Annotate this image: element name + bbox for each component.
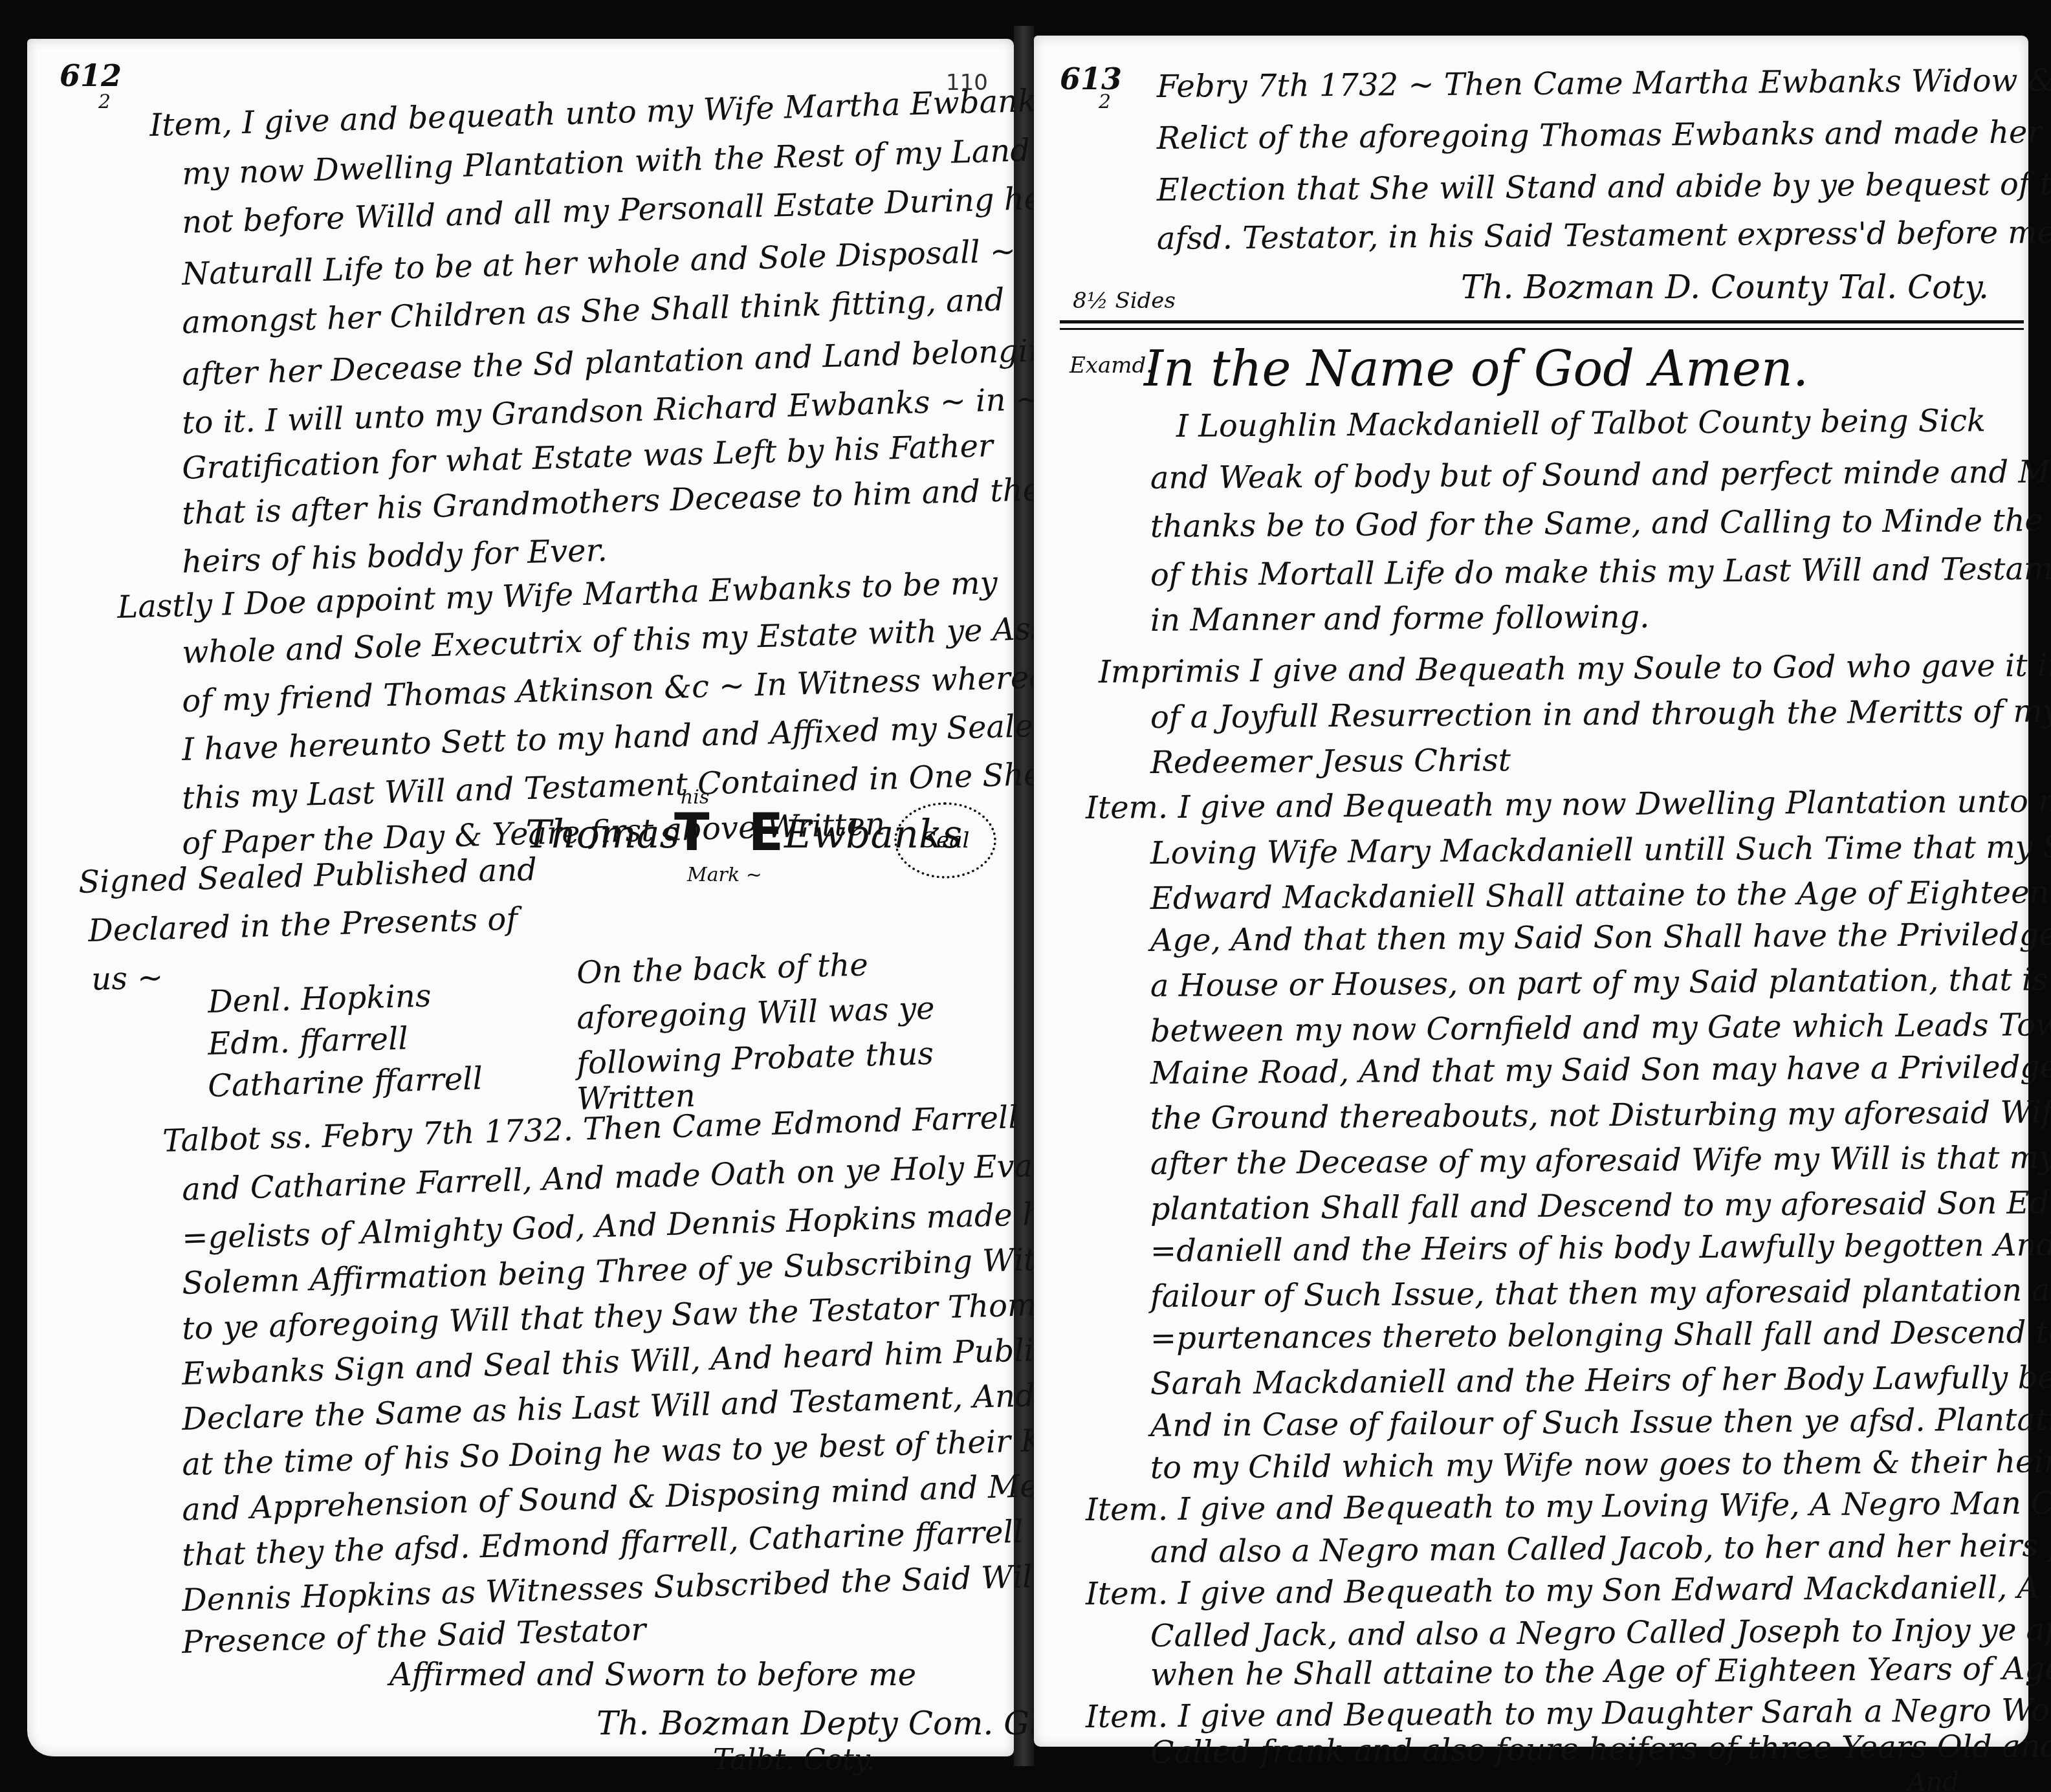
will-line-4: of this Mortall Life do make this my Las… bbox=[1150, 553, 2051, 591]
will-line-13: of my friend Thomas Atkinson &c ~ In Wit… bbox=[182, 661, 1060, 717]
right-page: 613 2 Febry 7th 1732 ~ Then Came Martha … bbox=[1034, 36, 2028, 1747]
will-line-3: thanks be to God for the Same, and Calli… bbox=[1150, 503, 2051, 542]
will-line-17: after the Decease of my aforesaid Wife m… bbox=[1150, 1141, 2051, 1179]
will-line-10: heirs of his boddy for Ever. bbox=[182, 535, 608, 578]
page-number: 613 bbox=[1060, 61, 1122, 96]
will-line-21: =purtenances thereto belonging Shall fal… bbox=[1150, 1315, 2051, 1354]
witness-3: Catharine ffarrell bbox=[208, 1063, 483, 1102]
will-line-30: Item. I give and Bequeath to my Daughter… bbox=[1086, 1694, 2051, 1732]
will-line-1: Item, I give and bequeath unto my Wife M… bbox=[149, 85, 1053, 141]
will-line-15: Maine Road, And that my Said Son may hav… bbox=[1150, 1050, 2051, 1089]
election-line-4: afsd. Testator, in his Said Testament ex… bbox=[1157, 217, 2051, 254]
will-line-26: and also a Negro man Called Jacob, to he… bbox=[1150, 1529, 2051, 1568]
will-line-19: =daniell and the Heirs of his body Lawfu… bbox=[1150, 1228, 2051, 1267]
probate-line-2: and Catharine Farrell, And made Oath on … bbox=[182, 1149, 1079, 1205]
will-line-23: And in Case of failour of Such Issue the… bbox=[1150, 1403, 2051, 1441]
will-line-13: a House or Houses, on part of my Said pl… bbox=[1150, 963, 2051, 1001]
page-number-sub: 2 bbox=[1099, 91, 1111, 113]
signature-mark-label: Mark ~ bbox=[687, 864, 762, 886]
election-line-3: Election that She will Stand and abide b… bbox=[1157, 168, 2051, 206]
left-page: 612 2 110 Item, I give and bequeath unto… bbox=[27, 39, 1014, 1756]
will-heading: In the Name of God Amen. bbox=[1144, 340, 1808, 397]
election-official-signature: Th. Bozman D. County Tal. Coty. bbox=[1461, 268, 1989, 306]
back-note-3: following Probate thus bbox=[576, 1038, 934, 1079]
wax-seal: Seal bbox=[894, 802, 996, 879]
election-line-1: Febry 7th 1732 ~ Then Came Martha Ewbank… bbox=[1157, 65, 2051, 102]
section-divider-top bbox=[1060, 320, 2024, 323]
catchword: And bbox=[1907, 1769, 1960, 1792]
probate-line-12: Presence of the Said Testator bbox=[182, 1614, 646, 1658]
witness-2: Edm. ffarrell bbox=[208, 1023, 409, 1060]
page-number: 612 bbox=[60, 58, 122, 93]
will-line-14: between my now Cornfield and my Gate whi… bbox=[1150, 1008, 2051, 1047]
will-line-16: the Ground thereabouts, not Disturbing m… bbox=[1150, 1095, 2051, 1134]
will-line-5: in Manner and forme following. bbox=[1150, 602, 1650, 636]
will-line-31: Called frank and also foure heifers of t… bbox=[1150, 1730, 2051, 1768]
will-line-25: Item. I give and Bequeath to my Loving W… bbox=[1086, 1487, 2051, 1525]
will-line-14: I have hereunto Sett to my hand and Affi… bbox=[182, 710, 1075, 765]
seal-label: Seal bbox=[921, 827, 970, 853]
signature-first-name: Thomas bbox=[525, 812, 679, 857]
official-county: Talbt. Coty. bbox=[713, 1743, 875, 1776]
will-line-7: of a Joyfull Resurrection in and through… bbox=[1150, 695, 2051, 733]
will-line-18: plantation Shall fall and Descend to my … bbox=[1150, 1186, 2051, 1225]
will-line-10: Loving Wife Mary Mackdaniell untill Such… bbox=[1150, 831, 2051, 869]
back-note-2: aforegoing Will was ye bbox=[576, 993, 936, 1034]
will-line-5: amongst her Children as She Shall think … bbox=[182, 285, 1005, 338]
attestation-line-1: Signed Sealed Published and bbox=[78, 854, 538, 898]
attestation-line-3: us ~ bbox=[91, 962, 164, 995]
will-line-27: Item. I give and Bequeath to my Son Edwa… bbox=[1086, 1571, 2051, 1610]
page-number-sub: 2 bbox=[98, 91, 111, 113]
official-signature: Th. Bozman Depty Com. Gl. bbox=[597, 1705, 1050, 1742]
will-line-4: Naturall Life to be at her whole and Sol… bbox=[182, 235, 1016, 290]
will-line-2: my now Dwelling Plantation with the Rest… bbox=[182, 135, 1031, 190]
section-divider-bottom bbox=[1060, 328, 2024, 330]
will-line-9: Item. I give and Bequeath my now Dwellin… bbox=[1086, 785, 2051, 824]
signature-mark: T E bbox=[674, 802, 794, 862]
will-line-28: Called Jack, and also a Negro Called Jos… bbox=[1150, 1612, 2051, 1652]
witness-1: Denl. Hopkins bbox=[208, 980, 432, 1018]
will-line-6: after her Decease the Sd plantation and … bbox=[182, 334, 1069, 390]
will-line-11: Edward Mackdaniell Shall attaine to the … bbox=[1150, 876, 2051, 914]
back-note-1: On the back of the bbox=[576, 949, 869, 989]
will-line-29: when he Shall attaine to the Age of Eigh… bbox=[1150, 1653, 2051, 1690]
will-line-12: Age, And that then my Said Son Shall hav… bbox=[1150, 917, 2051, 956]
margin-sides-note: 8½ Sides bbox=[1073, 288, 1176, 314]
will-line-20: failour of Such Issue, that then my afor… bbox=[1150, 1273, 2051, 1312]
sworn-line: Affirmed and Sworn to before me bbox=[389, 1659, 916, 1690]
book-gutter bbox=[1014, 26, 1034, 1766]
margin-exam-note: Examd. bbox=[1069, 353, 1153, 378]
will-line-2: and Weak of body but of Sound and perfec… bbox=[1150, 455, 2051, 494]
will-line-22: Sarah Mackdaniell and the Heirs of her B… bbox=[1150, 1361, 2051, 1399]
attestation-line-2: Declared in the Presents of bbox=[88, 903, 518, 946]
will-line-8: Redeemer Jesus Christ bbox=[1150, 745, 1511, 778]
will-line-24: to my Child which my Wife now goes to th… bbox=[1150, 1445, 2051, 1483]
will-line-3: not before Willd and all my Personall Es… bbox=[182, 182, 1058, 238]
will-line-1: I Loughlin Mackdaniell of Talbot County … bbox=[1176, 405, 1986, 442]
will-line-6: Imprimis I give and Bequeath my Soule to… bbox=[1099, 649, 2051, 688]
election-line-2: Relict of the aforegoing Thomas Ewbanks … bbox=[1157, 116, 2043, 154]
